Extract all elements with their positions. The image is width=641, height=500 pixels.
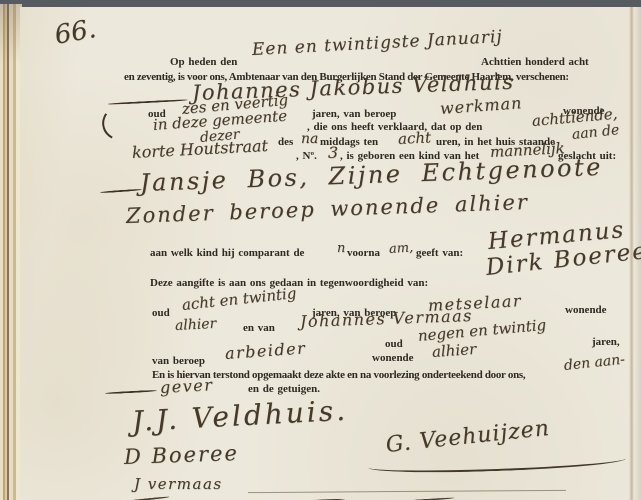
hw-den-aan: den aan- [563,352,625,374]
printed-house-no-label: , Nº. [296,150,317,162]
signature-witness1: D Boeree [124,441,240,469]
flourish-bracket [98,98,150,146]
printed-w2-jaren: jaren, [592,336,620,348]
printed-getuigen: en de getuigen. [248,383,320,395]
printed-w1-wonende: wonende [565,304,607,316]
printed-w2-oud: oud [385,338,403,350]
printed-w2-wonende: wonende [372,352,414,364]
hw-insert-n: n [337,241,345,256]
signature-declarant: J.J. Veldhuis. [131,394,349,438]
hw-insert-am: am, [388,240,413,257]
signature-official: G. Veehuijzen [385,416,551,458]
hw-date: Een en twintigste Januarij [251,27,503,60]
printed-naming-b: voorna [347,247,380,259]
act-number: 66. [52,14,98,51]
signature-witness2: J vermaas [134,475,223,493]
flourish-stroke [105,390,157,395]
next-record-partial-strokes [110,496,170,500]
flourish-stroke [100,189,142,194]
printed-verklaard: , die ons heeft verklaard, dat op den [307,121,482,133]
printed-year-a: Achttien honderd acht [481,56,589,68]
hw-aan-de: aan de [571,122,620,143]
printed-w1-oud: oud [152,307,170,319]
printed-op-heden-den: Op heden den [170,56,237,68]
registry-scan: 66. Op heden den Een en twintigste Janua… [0,0,641,500]
hw-na: na [301,131,318,147]
hw-hour: acht [398,128,432,148]
hw-gever: gever [160,375,214,397]
hw-w2-residence: alhier [431,340,476,361]
document-page: 66. Op heden den Een en twintigste Janua… [20,7,641,500]
printed-w2-van-beroep: van beroep [152,355,205,367]
hw-mother-occupation: Zonder beroep wonende alhier [126,190,530,228]
printed-naming-a: aan welk kind hij comparant de [150,247,304,259]
printed-des: des [278,136,293,148]
hw-street: korte Houtstraat [132,136,269,162]
hw-w1-residence: alhier [175,316,217,334]
printed-naming-c: geeft van: [416,247,463,259]
printed-en-van: en van [243,322,275,334]
hw-w2-occupation: arbeider [224,338,307,363]
hw-house-number: 3 [328,143,338,162]
hw-declarant-occupation: werkman [439,93,523,118]
page-right-shade [634,7,641,500]
signature-tail-line [248,490,566,493]
book-page-edges [0,4,22,500]
printed-jaren-beroep: jaren, van beroep [312,108,396,120]
